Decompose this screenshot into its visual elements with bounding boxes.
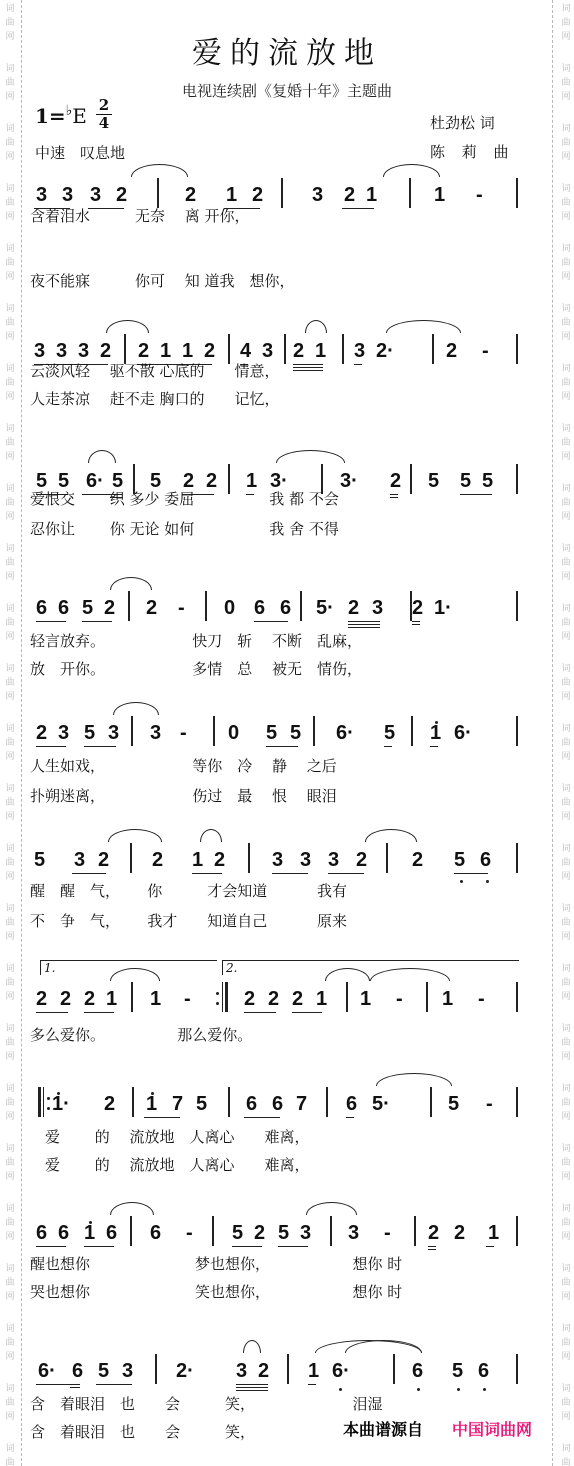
note: 2 bbox=[214, 849, 228, 871]
slur-tie bbox=[376, 1073, 452, 1086]
note: 3 bbox=[262, 340, 276, 362]
watermark-char: 词 bbox=[0, 4, 20, 14]
note: 1 bbox=[150, 988, 164, 1010]
slur-tie bbox=[243, 1340, 261, 1353]
note: 5 bbox=[266, 722, 280, 744]
source-label: 本曲谱源自 bbox=[343, 1417, 423, 1440]
watermark-char: 网 bbox=[556, 692, 574, 702]
note: 6· bbox=[38, 1360, 62, 1382]
watermark-char: 网 bbox=[556, 392, 574, 402]
watermark-char: 曲 bbox=[556, 918, 574, 928]
lyric-line: 含着泪水 无奈 离 开你， bbox=[30, 205, 250, 226]
note: 5 bbox=[278, 1222, 292, 1244]
repeat-dot bbox=[47, 1097, 50, 1100]
note: 2 bbox=[344, 184, 358, 206]
watermark-char: 曲 bbox=[0, 978, 20, 988]
beam-underline bbox=[36, 1012, 68, 1013]
watermark-char: 网 bbox=[556, 1352, 574, 1362]
watermark-char: 网 bbox=[556, 992, 574, 1002]
note: 3 bbox=[78, 340, 92, 362]
bar-line bbox=[516, 591, 518, 621]
volta-label: 2. bbox=[226, 961, 237, 975]
watermark-char: 词 bbox=[0, 1144, 20, 1154]
beam-underline bbox=[236, 1387, 268, 1388]
note: 3 bbox=[354, 340, 368, 362]
watermark-char: 曲 bbox=[556, 138, 574, 148]
watermark-char: 词 bbox=[556, 1384, 574, 1394]
bar-line bbox=[248, 843, 250, 873]
watermark-char: 词 bbox=[0, 1444, 20, 1454]
lyric-line: 扑朔迷离， 伤过 最 恨 眼泪 bbox=[30, 785, 337, 806]
watermark-char: 网 bbox=[0, 632, 20, 642]
volta-bracket: 1. bbox=[40, 960, 217, 975]
note: 2 bbox=[36, 988, 50, 1010]
watermark-char: 曲 bbox=[0, 918, 20, 928]
watermark-char: 网 bbox=[0, 392, 20, 402]
bar-line bbox=[313, 716, 315, 746]
note: 3 bbox=[58, 722, 72, 744]
watermark-char: 曲 bbox=[0, 138, 20, 148]
beam-underline bbox=[84, 1246, 114, 1247]
beam-underline bbox=[36, 1246, 66, 1247]
bar-line bbox=[411, 716, 413, 746]
lyricist-credit: 杜劲松 词 bbox=[430, 112, 495, 133]
watermark-char: 曲 bbox=[0, 378, 20, 388]
note: 5 bbox=[34, 849, 48, 871]
watermark-char: 曲 bbox=[556, 198, 574, 208]
note: 2 bbox=[356, 849, 370, 871]
watermark-char: 网 bbox=[556, 272, 574, 282]
bar-line bbox=[130, 843, 132, 873]
watermark-char: 曲 bbox=[556, 798, 574, 808]
watermark-char: 词 bbox=[556, 1324, 574, 1334]
bar-line bbox=[330, 1216, 332, 1246]
lyric-line: 云淡风轻 驱不散 心底的 情意， bbox=[30, 360, 280, 381]
note: 6 bbox=[36, 1222, 50, 1244]
low-octave-dot bbox=[460, 880, 463, 883]
watermark-char: 词 bbox=[556, 424, 574, 434]
bar-line bbox=[281, 178, 283, 208]
note: 5 bbox=[448, 1093, 462, 1115]
note: 2 bbox=[446, 340, 460, 362]
bar-line bbox=[300, 591, 302, 621]
watermark-char: 网 bbox=[0, 872, 20, 882]
note: 2 bbox=[152, 849, 166, 871]
note: 2 bbox=[412, 597, 426, 619]
slur-tie bbox=[106, 320, 149, 333]
lyric-line: 爱恨交 织 多少 委屈 我 都 不会 bbox=[30, 488, 339, 509]
bar-line bbox=[430, 1087, 432, 1117]
bar-line bbox=[131, 982, 133, 1012]
beam-underline bbox=[84, 1012, 114, 1013]
watermark-char: 词 bbox=[556, 1264, 574, 1274]
note: 0 bbox=[228, 722, 242, 744]
watermark-char: 网 bbox=[0, 1352, 20, 1362]
watermark-char: 词 bbox=[556, 604, 574, 614]
note: 1 bbox=[160, 340, 174, 362]
note: 1 bbox=[434, 184, 448, 206]
beam-underline bbox=[70, 1387, 80, 1388]
watermark-left: 词曲网词曲网词曲网词曲网词曲网词曲网词曲网词曲网词曲网词曲网词曲网词曲网词曲网词… bbox=[0, 0, 20, 1466]
note: 6 bbox=[346, 1093, 360, 1115]
watermark-char: 曲 bbox=[0, 678, 20, 688]
note: 6· bbox=[454, 722, 478, 744]
watermark-char: 网 bbox=[556, 1112, 574, 1122]
watermark-char: 网 bbox=[556, 872, 574, 882]
beam-underline bbox=[84, 746, 116, 747]
watermark-char: 曲 bbox=[0, 1098, 20, 1108]
note: 6 bbox=[280, 597, 294, 619]
bar-line bbox=[326, 1087, 328, 1117]
bar-line bbox=[212, 1216, 214, 1246]
bar-line bbox=[205, 591, 207, 621]
watermark-char: 词 bbox=[0, 244, 20, 254]
watermark-char: 曲 bbox=[0, 858, 20, 868]
bar-line bbox=[516, 178, 518, 208]
note: 2 bbox=[428, 1222, 442, 1244]
bar-line bbox=[414, 1216, 416, 1246]
beam-underline bbox=[354, 364, 362, 365]
note: 6 bbox=[72, 1360, 86, 1382]
note: 1 bbox=[366, 184, 380, 206]
note: 6 bbox=[412, 1360, 426, 1382]
beam-underline bbox=[348, 624, 380, 625]
watermark-char: 网 bbox=[556, 632, 574, 642]
watermark-char: 词 bbox=[556, 1444, 574, 1454]
dash-sustain: - bbox=[482, 340, 496, 362]
dash-sustain: - bbox=[486, 1093, 500, 1115]
bar-line bbox=[128, 591, 130, 621]
beam-underline bbox=[232, 1246, 262, 1247]
key-note: E bbox=[72, 104, 87, 128]
note: 1 bbox=[360, 988, 374, 1010]
watermark-char: 网 bbox=[0, 932, 20, 942]
high-octave-dot bbox=[435, 721, 438, 724]
bar-line bbox=[346, 982, 348, 1012]
left-border-dashed bbox=[21, 0, 22, 1466]
watermark-char: 网 bbox=[0, 452, 20, 462]
watermark-char: 网 bbox=[556, 1232, 574, 1242]
note: 2 bbox=[244, 988, 258, 1010]
note: 2 bbox=[293, 340, 307, 362]
watermark-char: 网 bbox=[556, 152, 574, 162]
note: 1 bbox=[308, 1360, 322, 1382]
note: 5 bbox=[232, 1222, 246, 1244]
note: 2 bbox=[292, 988, 306, 1010]
watermark-char: 网 bbox=[0, 1412, 20, 1422]
note: 7 bbox=[172, 1093, 186, 1115]
high-octave-dot bbox=[151, 1092, 154, 1095]
watermark-char: 曲 bbox=[556, 1218, 574, 1228]
watermark-char: 词 bbox=[556, 784, 574, 794]
note: 2 bbox=[116, 184, 130, 206]
song-title: 爱的流放地 bbox=[0, 28, 574, 72]
time-sig-bottom: 4 bbox=[99, 114, 109, 132]
watermark-char: 词 bbox=[556, 964, 574, 974]
note: 3 bbox=[328, 849, 342, 871]
watermark-char: 网 bbox=[0, 572, 20, 582]
note: 5 bbox=[196, 1093, 210, 1115]
watermark-char: 网 bbox=[556, 932, 574, 942]
note: 2 bbox=[254, 1222, 268, 1244]
slur-tie bbox=[110, 1202, 154, 1215]
watermark-char: 网 bbox=[556, 1292, 574, 1302]
watermark-char: 词 bbox=[0, 484, 20, 494]
note: 3 bbox=[62, 184, 76, 206]
beam-underline bbox=[412, 624, 420, 625]
lyric-line: 人生如戏， 等你 冷 静 之后 bbox=[30, 755, 337, 776]
time-sig-top: 2 bbox=[99, 96, 109, 114]
dash-sustain: - bbox=[186, 1222, 200, 1244]
watermark-char: 词 bbox=[556, 244, 574, 254]
high-octave-dot bbox=[89, 1221, 92, 1224]
composer-credit: 陈 莉 曲 bbox=[430, 141, 515, 162]
bar-line bbox=[342, 334, 344, 364]
bar-line bbox=[516, 982, 518, 1012]
lyric-line: 不 争 气， 我才 知道自己 原来 bbox=[30, 910, 347, 931]
watermark-char: 词 bbox=[0, 724, 20, 734]
beam-underline bbox=[454, 873, 488, 874]
low-octave-dot bbox=[486, 880, 489, 883]
watermark-char: 词 bbox=[0, 1204, 20, 1214]
note: 3 bbox=[300, 849, 314, 871]
watermark-char: 曲 bbox=[556, 1158, 574, 1168]
watermark-char: 网 bbox=[0, 812, 20, 822]
watermark-char: 曲 bbox=[556, 438, 574, 448]
watermark-char: 曲 bbox=[0, 438, 20, 448]
note: 6 bbox=[246, 1093, 260, 1115]
repeat-dot bbox=[47, 1107, 50, 1110]
bar-line bbox=[516, 1087, 518, 1117]
bar-line bbox=[130, 1216, 132, 1246]
low-octave-dot bbox=[417, 1388, 420, 1391]
bar-line bbox=[426, 982, 428, 1012]
watermark-char: 网 bbox=[556, 332, 574, 342]
note: 3 bbox=[56, 340, 70, 362]
watermark-char: 词 bbox=[556, 664, 574, 674]
watermark-char: 词 bbox=[0, 184, 20, 194]
watermark-char: 词 bbox=[556, 724, 574, 734]
watermark-char: 曲 bbox=[556, 498, 574, 508]
note: 3 bbox=[108, 722, 122, 744]
note: 6 bbox=[58, 1222, 72, 1244]
dash-sustain: - bbox=[396, 988, 410, 1010]
beam-underline bbox=[384, 746, 392, 747]
slur-tie bbox=[365, 829, 417, 842]
watermark-char: 词 bbox=[0, 844, 20, 854]
watermark-char: 词 bbox=[0, 424, 20, 434]
watermark-char: 词 bbox=[556, 4, 574, 14]
dash-sustain: - bbox=[178, 597, 192, 619]
note: 1 bbox=[442, 988, 456, 1010]
note: 3· bbox=[340, 470, 364, 492]
bar-line bbox=[432, 334, 434, 364]
beam-underline bbox=[292, 1012, 322, 1013]
lyric-line: 哭也想你 笑也想你， 想你 时 bbox=[30, 1281, 402, 1302]
note: 1 bbox=[226, 184, 240, 206]
watermark-char: 网 bbox=[0, 332, 20, 342]
beam-underline bbox=[144, 1117, 180, 1118]
lyric-line: 爱 的 流放地 人离心 难离， bbox=[30, 1154, 310, 1175]
watermark-char: 网 bbox=[556, 572, 574, 582]
lyric-line: 爱 的 流放地 人离心 难离， bbox=[30, 1126, 310, 1147]
key-signature: 1=♭E bbox=[35, 104, 87, 128]
bar-line bbox=[213, 716, 215, 746]
beam-underline bbox=[348, 627, 380, 628]
bar-line bbox=[516, 464, 518, 494]
watermark-char: 曲 bbox=[556, 318, 574, 328]
lyric-line: 夜不能寐 你可 知 道我 想你， bbox=[30, 270, 295, 291]
beam-underline bbox=[244, 1117, 280, 1118]
note: 2 bbox=[454, 1222, 468, 1244]
watermark-char: 曲 bbox=[556, 1278, 574, 1288]
bar-line bbox=[386, 843, 388, 873]
beam-underline bbox=[96, 1384, 132, 1385]
note: 6 bbox=[254, 597, 268, 619]
slur-tie bbox=[131, 164, 188, 177]
watermark-char: 网 bbox=[0, 272, 20, 282]
low-octave-dot bbox=[339, 1388, 342, 1391]
note: 1 bbox=[316, 988, 330, 1010]
watermark-char: 网 bbox=[0, 1292, 20, 1302]
bar-line bbox=[409, 178, 411, 208]
watermark-char: 词 bbox=[0, 664, 20, 674]
note: 2 bbox=[258, 1360, 272, 1382]
note: 1 bbox=[430, 722, 444, 744]
lyric-line: 忍你让 你 无论 如何 我 舍 不得 bbox=[30, 518, 339, 539]
note: 5 bbox=[84, 722, 98, 744]
note: 5 bbox=[452, 1360, 466, 1382]
beam-underline bbox=[308, 1384, 316, 1385]
note: 5 bbox=[460, 470, 474, 492]
watermark-char: 词 bbox=[556, 484, 574, 494]
note: 2 bbox=[390, 470, 404, 492]
watermark-char: 网 bbox=[0, 152, 20, 162]
watermark-char: 曲 bbox=[556, 618, 574, 628]
watermark-char: 网 bbox=[556, 212, 574, 222]
note: 3 bbox=[36, 184, 50, 206]
high-octave-dot bbox=[57, 1092, 60, 1095]
watermark-char: 词 bbox=[556, 1024, 574, 1034]
note: 5· bbox=[372, 1093, 396, 1115]
note: 2 bbox=[185, 184, 199, 206]
note: 2· bbox=[376, 340, 400, 362]
watermark-char: 曲 bbox=[556, 258, 574, 268]
watermark-char: 词 bbox=[556, 544, 574, 554]
watermark-char: 词 bbox=[0, 964, 20, 974]
note: 3 bbox=[312, 184, 326, 206]
beam-underline bbox=[236, 1384, 268, 1385]
note: 5 bbox=[428, 470, 442, 492]
repeat-start-thin bbox=[43, 1087, 44, 1117]
watermark-char: 网 bbox=[556, 1052, 574, 1062]
right-border-dashed bbox=[552, 0, 553, 1466]
slur-tie bbox=[276, 450, 345, 463]
watermark-char: 网 bbox=[556, 452, 574, 462]
slur-tie bbox=[306, 1202, 357, 1215]
watermark-char: 曲 bbox=[0, 558, 20, 568]
note: 5 bbox=[290, 722, 304, 744]
beam-underline bbox=[70, 1384, 80, 1385]
bar-line bbox=[228, 1087, 230, 1117]
note: 1· bbox=[52, 1093, 76, 1115]
beam-underline bbox=[293, 367, 323, 368]
watermark-char: 词 bbox=[556, 184, 574, 194]
beam-underline bbox=[428, 1246, 436, 1247]
watermark-char: 词 bbox=[0, 1024, 20, 1034]
lyric-line: 醒也想你 梦也想你， 想你 时 bbox=[30, 1253, 402, 1274]
watermark-char: 词 bbox=[0, 1264, 20, 1274]
bar-line bbox=[284, 334, 286, 364]
beam-underline bbox=[236, 1390, 268, 1391]
note: 6 bbox=[36, 597, 50, 619]
watermark-char: 词 bbox=[0, 1324, 20, 1334]
note: 5 bbox=[384, 722, 398, 744]
lyric-line: 人走茶凉 赶不走 胸口的 记忆， bbox=[30, 388, 280, 409]
watermark-char: 曲 bbox=[0, 498, 20, 508]
watermark-char: 词 bbox=[556, 904, 574, 914]
slur-tie bbox=[110, 577, 152, 590]
dash-sustain: - bbox=[476, 184, 490, 206]
watermark-char: 词 bbox=[556, 844, 574, 854]
watermark-char: 网 bbox=[0, 1172, 20, 1182]
beam-underline bbox=[390, 494, 398, 495]
watermark-char: 网 bbox=[0, 692, 20, 702]
watermark-char: 词 bbox=[0, 364, 20, 374]
note: 3 bbox=[236, 1360, 250, 1382]
watermark-char: 曲 bbox=[556, 18, 574, 28]
note: 4 bbox=[240, 340, 254, 362]
bar-line bbox=[516, 716, 518, 746]
beam-underline bbox=[244, 1012, 276, 1013]
site-name-link[interactable]: 中国词曲网 bbox=[452, 1417, 532, 1440]
note: 6· bbox=[336, 722, 360, 744]
watermark-char: 曲 bbox=[0, 1218, 20, 1228]
note: 2 bbox=[252, 184, 266, 206]
beam-underline bbox=[430, 746, 438, 747]
beam-underline bbox=[278, 1246, 308, 1247]
note: 1 bbox=[182, 340, 196, 362]
note: 6 bbox=[478, 1360, 492, 1382]
lyric-line: 醒 醒 气， 你 才会知道 我有 bbox=[30, 880, 347, 901]
beam-underline bbox=[36, 746, 66, 747]
watermark-char: 词 bbox=[556, 364, 574, 374]
note: 1 bbox=[146, 1093, 160, 1115]
slur-tie bbox=[88, 450, 116, 463]
watermark-char: 词 bbox=[556, 124, 574, 134]
watermark-char: 曲 bbox=[0, 1338, 20, 1348]
watermark-char: 网 bbox=[0, 512, 20, 522]
note: 6 bbox=[480, 849, 494, 871]
note: 3 bbox=[300, 1222, 314, 1244]
slur-tie bbox=[108, 829, 162, 842]
watermark-char: 网 bbox=[556, 1412, 574, 1422]
beam-underline bbox=[486, 1246, 494, 1247]
watermark-char: 词 bbox=[0, 304, 20, 314]
watermark-char: 曲 bbox=[0, 738, 20, 748]
note: 7 bbox=[296, 1093, 310, 1115]
beam-underline bbox=[293, 370, 323, 371]
beam-underline bbox=[36, 621, 66, 622]
watermark-char: 网 bbox=[0, 1052, 20, 1062]
lyric-line: 轻言放弃。 快刀 斩 不断 乱麻， bbox=[30, 630, 362, 651]
watermark-char: 曲 bbox=[0, 798, 20, 808]
note: 2 bbox=[412, 849, 426, 871]
key-prefix: 1= bbox=[35, 104, 66, 128]
note: 1 bbox=[192, 849, 206, 871]
bar-line bbox=[516, 843, 518, 873]
beam-underline bbox=[460, 494, 492, 495]
